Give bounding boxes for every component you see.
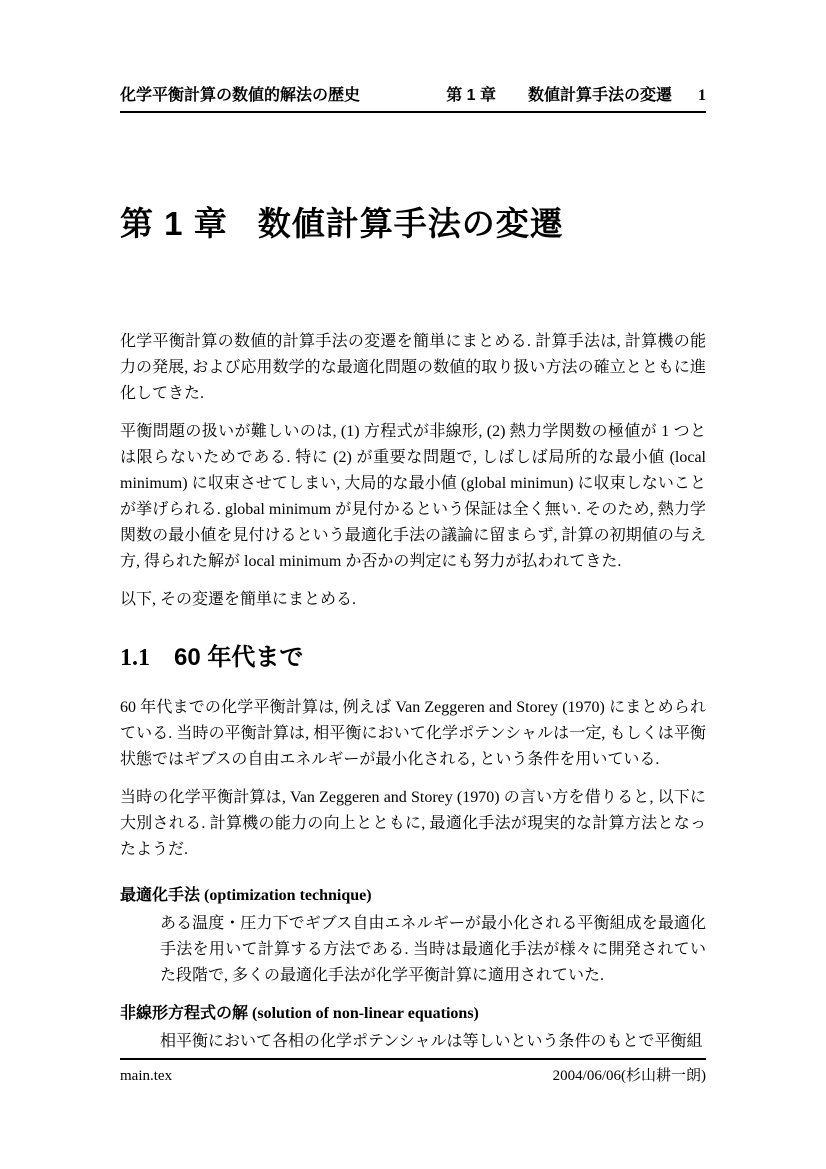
paragraph-intro: 化学平衡計算の数値的計算手法の変遷を簡単にまとめる. 計算手法は, 計算機の能力…	[120, 329, 706, 407]
section-number: 1.1	[120, 643, 150, 673]
definition-desc-nonlinear: 相平衡において各相の化学ポテンシャルは等しいという条件のもとで平衡組	[160, 1029, 706, 1055]
definition-desc-optimization: ある温度・圧力下でギブス自由エネルギーが最小化される平衡組成を最適化手法を用いて…	[160, 911, 706, 989]
document-page: 化学平衡計算の数値的解法の歴史 第 1 章 数値計算手法の変遷 1 第 1 章 …	[0, 0, 826, 1169]
page-number: 1	[698, 86, 706, 106]
running-head-chapter: 第 1 章 数値計算手法の変遷	[446, 86, 672, 106]
chapter-number: 第 1 章	[120, 203, 228, 245]
chapter-name: 数値計算手法の変遷	[258, 203, 564, 245]
footer-date-author: 2004/06/06(杉山耕一朗)	[553, 1066, 706, 1086]
section-name: 60 年代まで	[174, 643, 303, 673]
definition-term-optimization-en: (optimization technique)	[200, 887, 372, 904]
method-definition-list: 最適化手法 (optimization technique) ある温度・圧力下で…	[120, 883, 706, 1055]
page-header: 化学平衡計算の数値的解法の歴史 第 1 章 数値計算手法の変遷 1	[120, 86, 706, 113]
section-paragraph-1: 60 年代までの化学平衡計算は, 例えば Van Zeggeren and St…	[120, 695, 706, 773]
definition-term-nonlinear: 非線形方程式の解 (solution of non-linear equatio…	[120, 1001, 706, 1027]
chapter-title: 第 1 章 数値計算手法の変遷	[120, 203, 706, 245]
running-head-right: 第 1 章 数値計算手法の変遷 1	[446, 86, 706, 106]
definition-term-nonlinear-en: (solution of non-linear equations)	[248, 1005, 479, 1022]
paragraph-lead: 以下, その変遷を簡単にまとめる.	[120, 587, 706, 613]
definition-term-nonlinear-jp: 非線形方程式の解	[120, 1005, 248, 1022]
footer-filename: main.tex	[120, 1066, 172, 1086]
paragraph-difficulty: 平衡問題の扱いが難しいのは, (1) 方程式が非線形, (2) 熱力学関数の極値…	[120, 419, 706, 575]
definition-term-optimization: 最適化手法 (optimization technique)	[120, 883, 706, 909]
page-footer: main.tex 2004/06/06(杉山耕一朗)	[120, 1058, 706, 1086]
section-heading: 1.1 60 年代まで	[120, 643, 706, 673]
definition-term-optimization-jp: 最適化手法	[120, 887, 200, 904]
running-head-document-title: 化学平衡計算の数値的解法の歴史	[120, 86, 360, 106]
section-paragraph-2: 当時の化学平衡計算は, Van Zeggeren and Storey (197…	[120, 785, 706, 863]
